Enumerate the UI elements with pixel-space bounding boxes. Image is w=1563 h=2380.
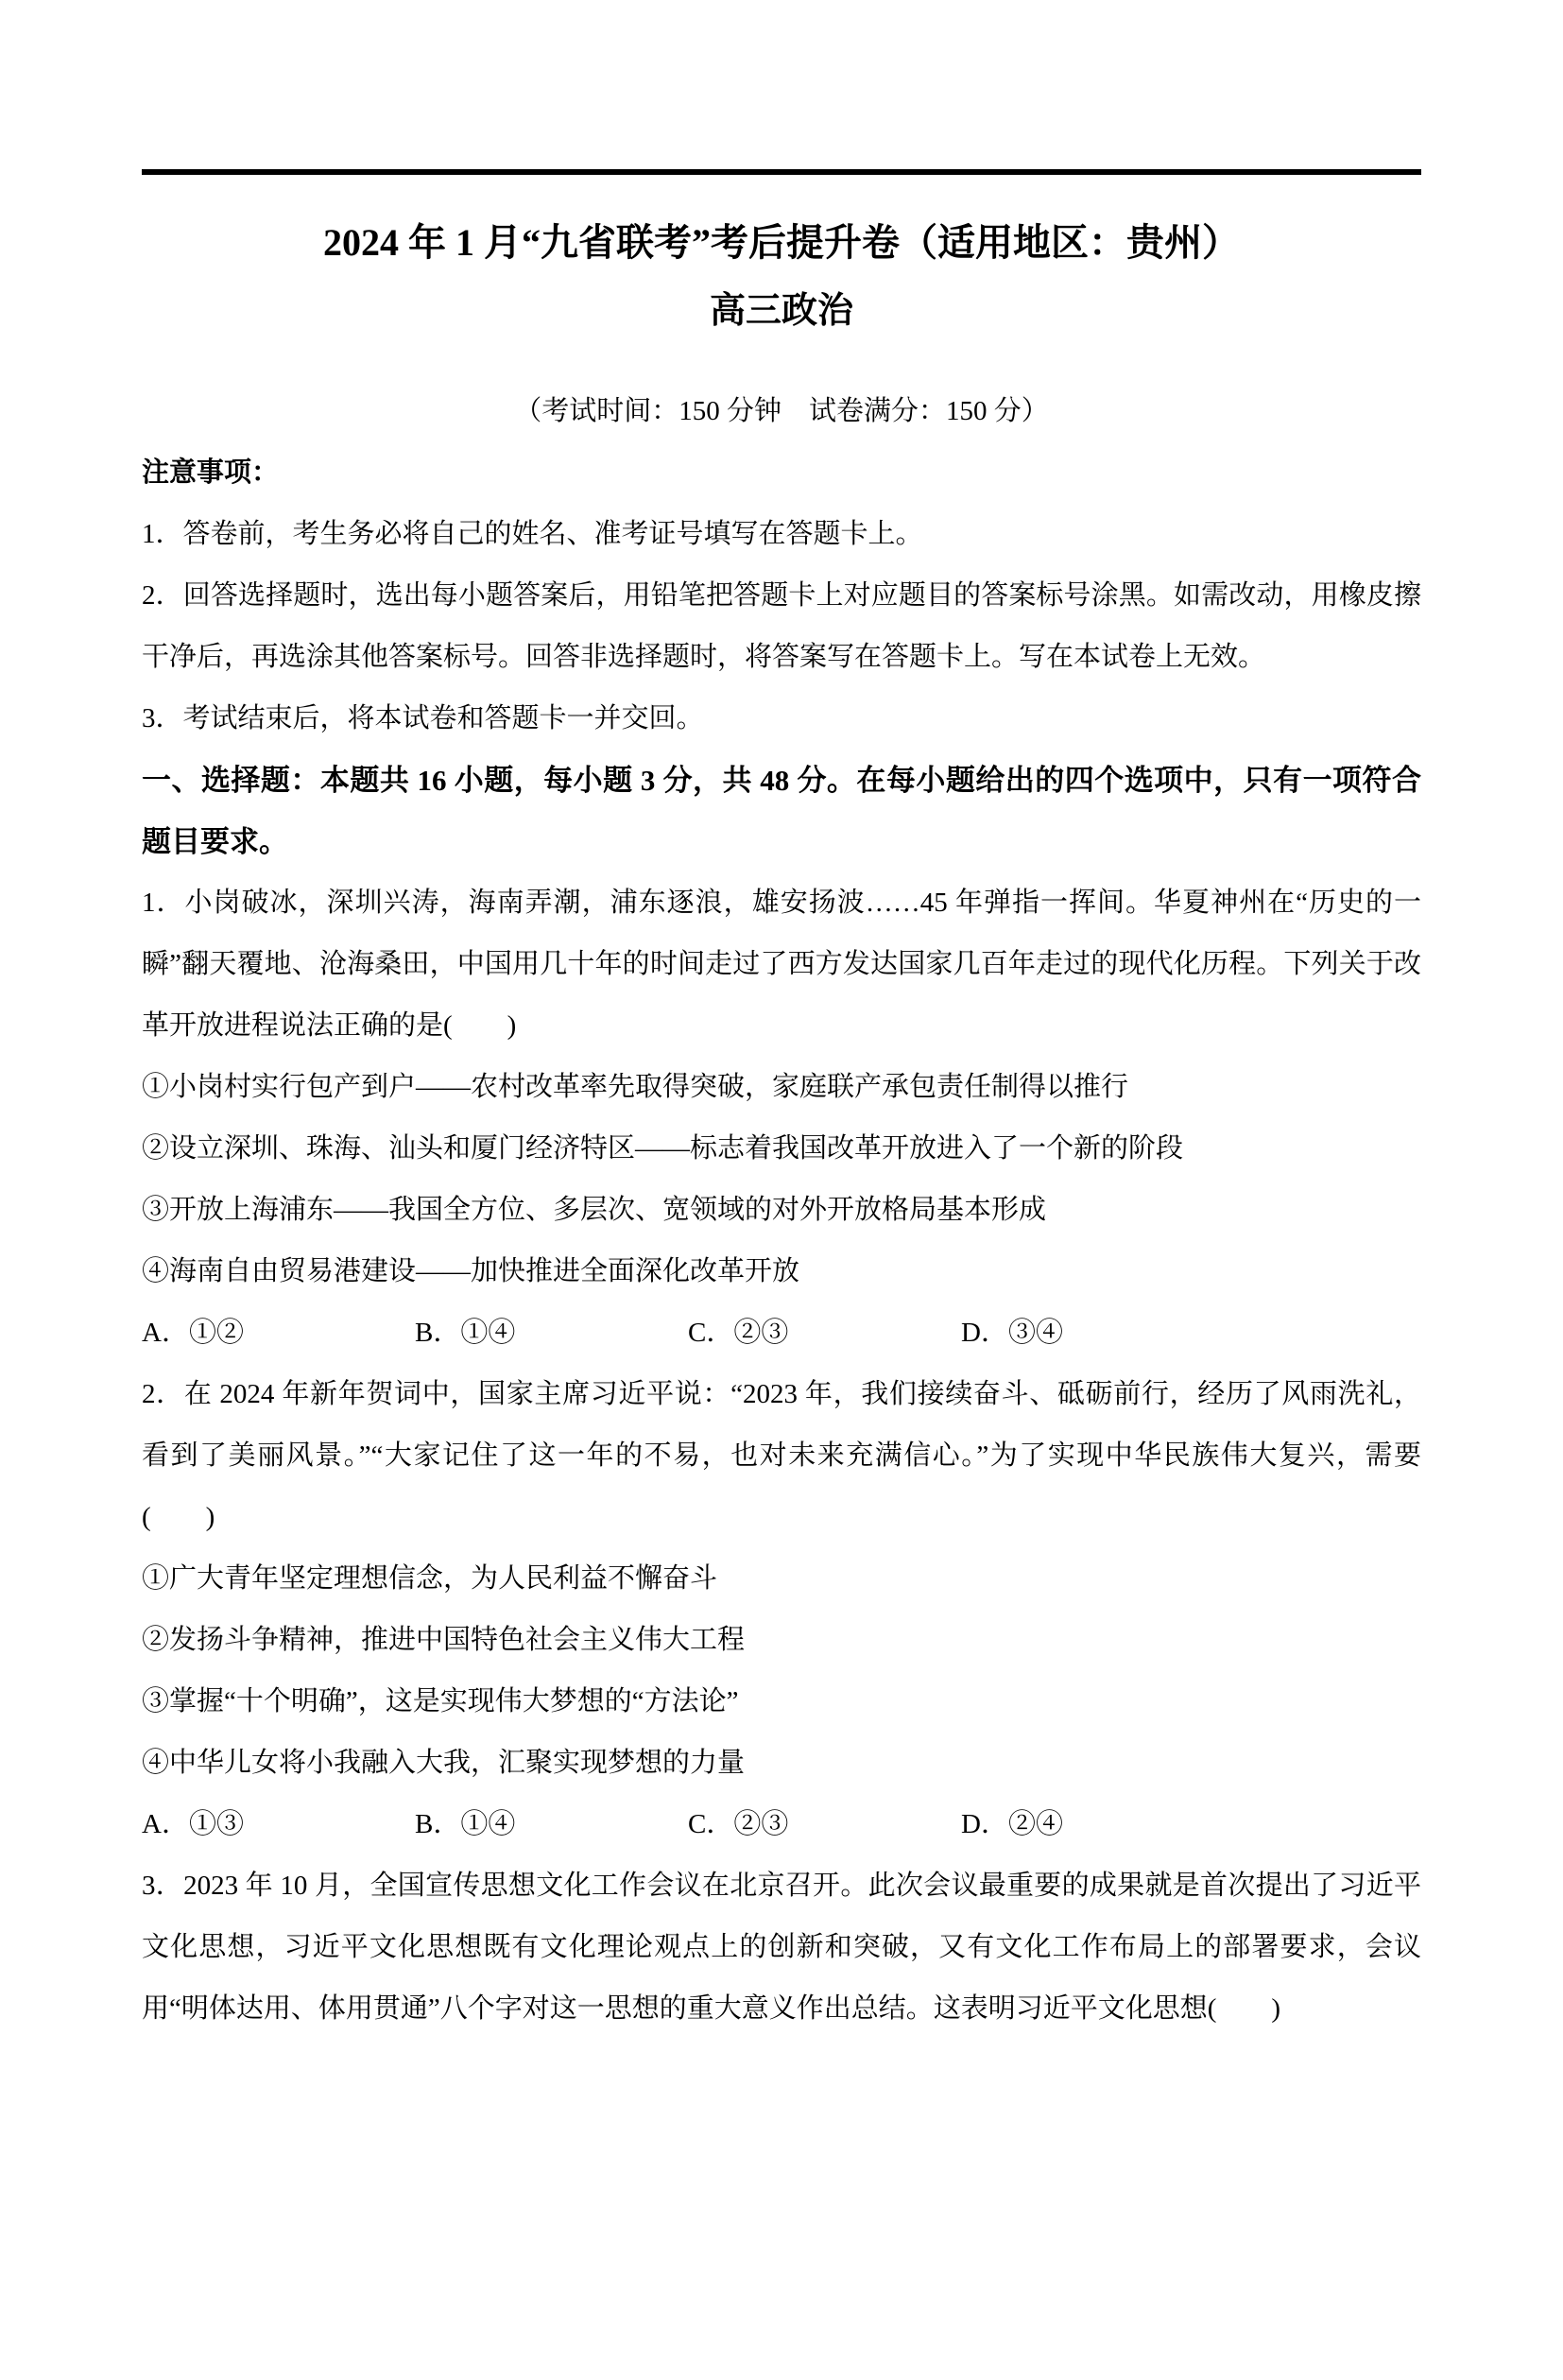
paper-subject: 高三政治: [142, 290, 1421, 334]
option-d: D．②④: [961, 1794, 1063, 1855]
paper-body: 注意事项： 1．答卷前，考生务必将自己的姓名、准考证号填写在答题卡上。 2．回答…: [142, 442, 1421, 2040]
question-1-stem: 1．小岗破冰，深圳兴涛，海南弄潮，浦东逐浪，雄安扬波……45 年弹指一挥间。华夏…: [142, 872, 1421, 1057]
question-2-subitem-3: ③掌握“十个明确”，这是实现伟大梦想的“方法论”: [142, 1671, 1421, 1733]
question-3-stem: 3．2023 年 10 月，全国宣传思想文化工作会议在北京召开。此次会议最重要的…: [142, 1855, 1421, 2040]
option-a: A．①③: [142, 1794, 415, 1855]
paper-title: 2024 年 1 月“九省联考”考后提升卷（适用地区：贵州）: [142, 220, 1421, 266]
question-1-options: A．①② B．①④ C．②③ D．③④: [142, 1302, 1421, 1364]
question-1-subitem-2: ②设立深圳、珠海、汕头和厦门经济特区——标志着我国改革开放进入了一个新的阶段: [142, 1118, 1421, 1180]
question-1-subitem-4: ④海南自由贸易港建设——加快推进全面深化改革开放: [142, 1241, 1421, 1302]
notice-heading: 注意事项：: [142, 442, 1421, 504]
section-heading: 一、选择题：本题共 16 小题，每小题 3 分，共 48 分。在每小题给出的四个…: [142, 750, 1421, 872]
question-2-stem: 2．在 2024 年新年贺词中，国家主席习近平说：“2023 年，我们接续奋斗、…: [142, 1364, 1421, 1548]
notice-item-1: 1．答卷前，考生务必将自己的姓名、准考证号填写在答题卡上。: [142, 504, 1421, 565]
option-c: C．②③: [688, 1302, 961, 1364]
option-a: A．①②: [142, 1302, 415, 1364]
question-3: 3．2023 年 10 月，全国宣传思想文化工作会议在北京召开。此次会议最重要的…: [142, 1855, 1421, 2040]
question-2-subitem-4: ④中华儿女将小我融入大我，汇聚实现梦想的力量: [142, 1733, 1421, 1794]
question-1-subitem-1: ①小岗村实行包产到户——农村改革率先取得突破，家庭联产承包责任制得以推行: [142, 1057, 1421, 1118]
question-2: 2．在 2024 年新年贺词中，国家主席习近平说：“2023 年，我们接续奋斗、…: [142, 1364, 1421, 1855]
notice-item-2: 2．回答选择题时，选出每小题答案后，用铅笔把答题卡上对应题目的答案标号涂黑。如需…: [142, 565, 1421, 688]
header-rule: [142, 169, 1421, 175]
question-2-subitem-1: ①广大青年坚定理想信念，为人民利益不懈奋斗: [142, 1548, 1421, 1610]
question-2-subitem-2: ②发扬斗争精神，推进中国特色社会主义伟大工程: [142, 1610, 1421, 1671]
option-b: B．①④: [415, 1794, 688, 1855]
question-1-subitem-3: ③开放上海浦东——我国全方位、多层次、宽领域的对外开放格局基本形成: [142, 1180, 1421, 1241]
exam-info-line: （考试时间：150 分钟 试卷满分：150 分）: [142, 381, 1421, 442]
option-c: C．②③: [688, 1794, 961, 1855]
question-1: 1．小岗破冰，深圳兴涛，海南弄潮，浦东逐浪，雄安扬波……45 年弹指一挥间。华夏…: [142, 872, 1421, 1364]
option-b: B．①④: [415, 1302, 688, 1364]
exam-paper-page: 2024 年 1 月“九省联考”考后提升卷（适用地区：贵州） 高三政治 （考试时…: [0, 169, 1563, 2380]
question-2-options: A．①③ B．①④ C．②③ D．②④: [142, 1794, 1421, 1855]
option-d: D．③④: [961, 1302, 1063, 1364]
notice-item-3: 3．考试结束后，将本试卷和答题卡一并交回。: [142, 688, 1421, 750]
